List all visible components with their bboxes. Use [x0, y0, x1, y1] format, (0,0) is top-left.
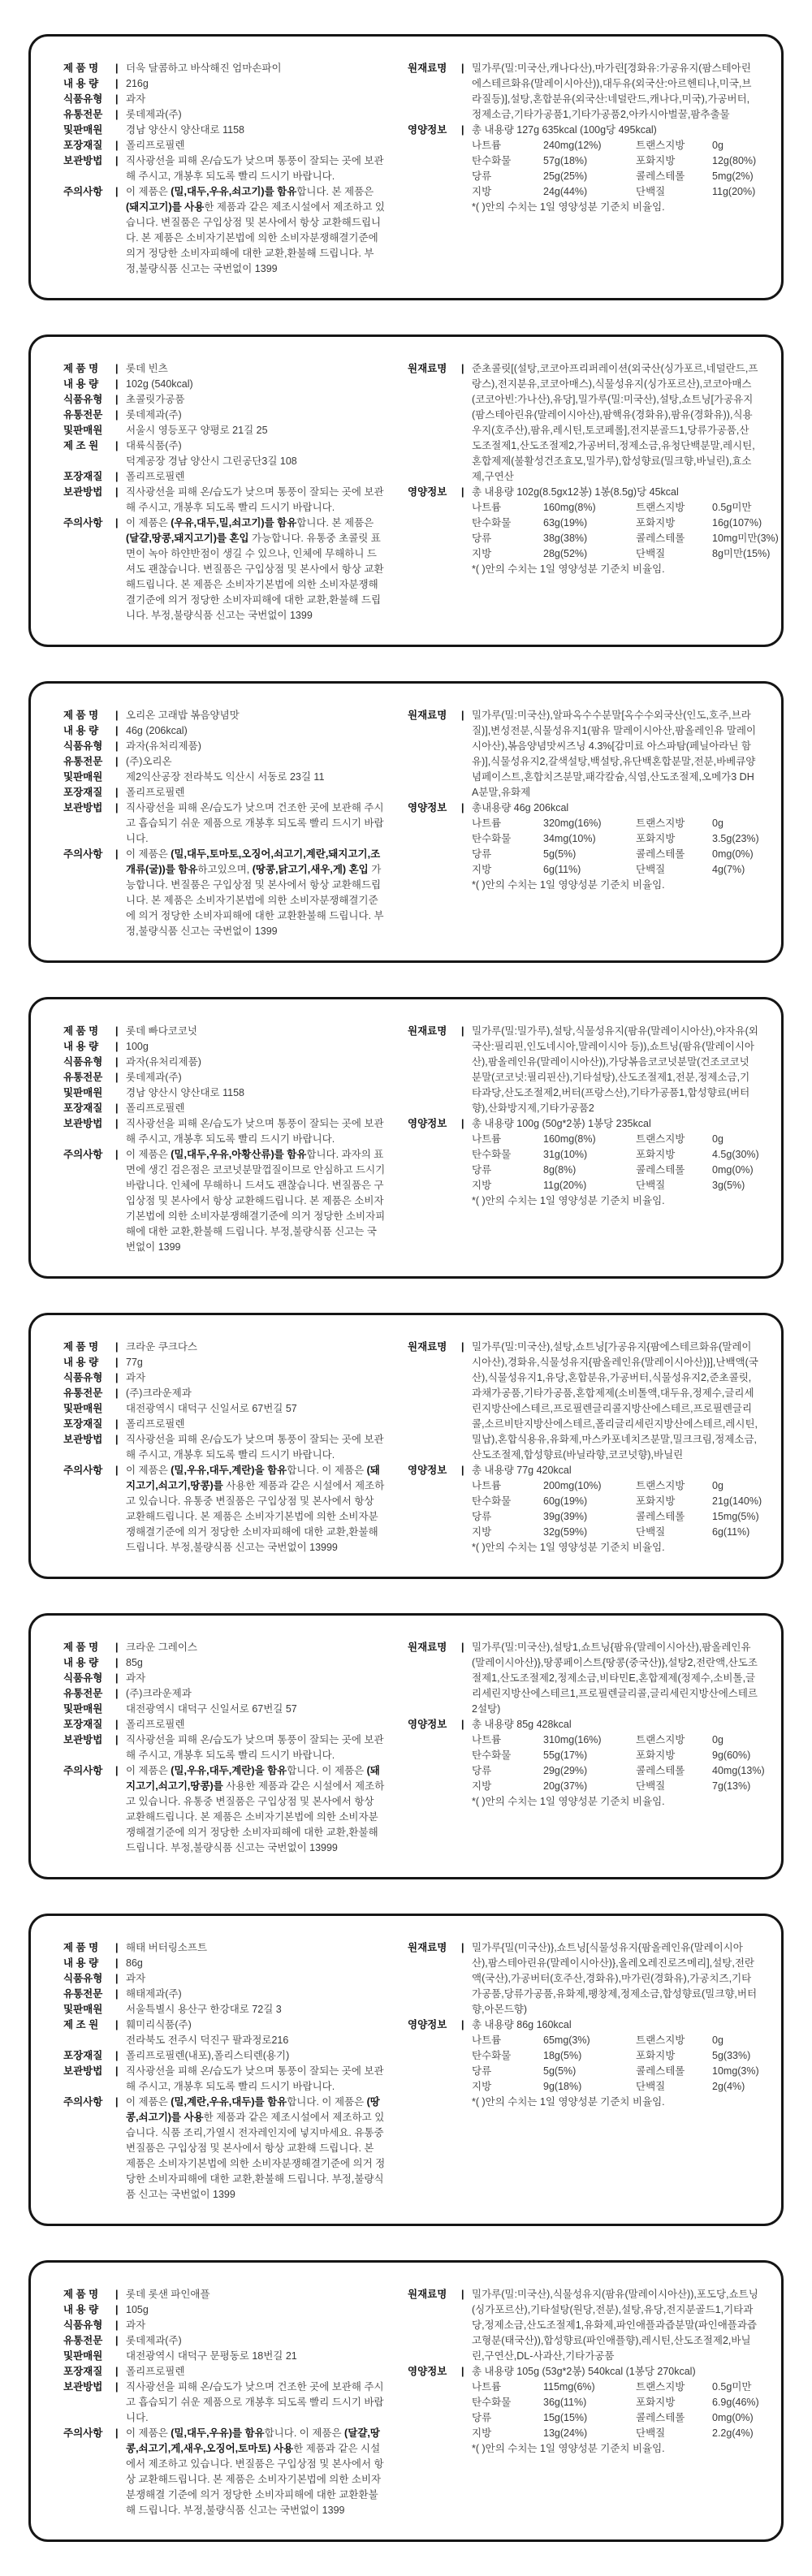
nutrition-section: 영양정보 | 총내용량 46g 206kcal 나트륨 320mg(16%) 트… — [408, 800, 758, 893]
nutrient-value: 55g(17%) — [543, 1748, 634, 1763]
field-label: 식품유형 — [63, 1971, 115, 1987]
caution-text-segment: 이 제품은 — [126, 2427, 171, 2439]
nutrition-row: 당류 25g(25%) 콜레스테롤 5mg(2%) — [472, 169, 758, 184]
field-label: 포장재질 — [63, 785, 115, 800]
field-value: 직사광선을 피해 온/습도가 낮으며 통풍이 잘되는 곳에 보관해 주시고, 개… — [126, 1432, 387, 1463]
nutrient-value: 10mg(3%) — [712, 2064, 759, 2079]
nutrition-section: 영양정보 | 총 내용량 102g(8.5gx12봉) 1봉(8.5g)당 45… — [408, 485, 758, 577]
field-row: 보관방법 | 직사광선을 피해 온/습도가 낮으며 건조한 곳에 보관해 주시고… — [63, 800, 387, 847]
caution-text-segment: (밀,대두,우유)를 함유 — [171, 2427, 264, 2439]
nutrition-label: 영양정보 — [408, 2364, 461, 2380]
field-label: 및판매원 — [63, 1401, 115, 1417]
nutrient-value: 0g — [712, 1132, 758, 1147]
field-separator: | — [115, 138, 126, 153]
field-value: 덕계공장 경남 양산시 그린공단3길 108 — [126, 454, 387, 469]
nutrition-label: 영양정보 — [408, 1116, 461, 1132]
nutrition-row: 지방 32g(59%) 단백질 6g(11%) — [472, 1525, 758, 1540]
field-value: 100g — [126, 1039, 387, 1055]
field-value: (주)크라운제과 — [126, 1386, 387, 1401]
field-label: 제 품 명 — [63, 361, 115, 377]
field-label: 주의사항 — [63, 2426, 115, 2441]
nutrient-name: 트랜스지방 — [636, 1132, 710, 1147]
nutrient-name: 나트륨 — [472, 816, 542, 831]
field-row: 덕계공장 경남 양산시 그린공단3길 108 — [63, 454, 387, 469]
field-row: 보관방법 | 직사광선을 피해 온/습도가 낮으며 통풍이 잘되는 곳에 보관해… — [63, 1116, 387, 1147]
field-separator: | — [115, 2048, 126, 2064]
field-separator: | — [461, 800, 472, 816]
field-row: 식품유형 | 과자 — [63, 2318, 387, 2333]
product-label-card: 제 품 명 | 크라운 쿠크다스 내 용 량 | 77g 식품유형 | 과자 유… — [28, 1313, 784, 1579]
field-separator: | — [115, 92, 126, 107]
field-label: 유통전문 — [63, 1386, 115, 1401]
field-separator: | — [461, 123, 472, 138]
field-separator: | — [461, 2364, 472, 2380]
nutrient-value: 11g(20%) — [543, 1178, 634, 1193]
field-separator: | — [115, 2064, 126, 2079]
field-separator: | — [115, 438, 126, 454]
nutrient-name: 콜레스테롤 — [636, 169, 710, 184]
field-separator: | — [461, 1940, 472, 1956]
nutrition-row: 당류 15g(15%) 콜레스테롤 0mg(0%) — [472, 2410, 758, 2426]
field-label: 및판매원 — [63, 2349, 115, 2364]
field-row: 보관방법 | 직사광선을 피해 온/습도가 낮으며 건조한 곳에 보관해 주시고… — [63, 2380, 387, 2426]
field-separator: | — [115, 708, 126, 723]
nutrient-value: 11g(20%) — [712, 184, 758, 200]
field-label: 식품유형 — [63, 1370, 115, 1386]
nutrient-value: 15mg(5%) — [712, 1509, 759, 1525]
caution-text-segment: (돼지고기)를 사용 — [126, 201, 204, 213]
field-separator: | — [115, 1370, 126, 1386]
nutrient-value: 34mg(10%) — [543, 831, 634, 847]
caution-text-segment: 이 제품은 — [126, 186, 171, 197]
field-row: 포장재질 | 폴리프로필렌(내포),폴리스티렌(용기) — [63, 2048, 387, 2064]
nutrition-label: 영양정보 — [408, 2017, 461, 2033]
field-value: 이 제품은 (밀,대두,우유,쇠고기)를 함유합니다. 본 제품은 (돼지고기)… — [126, 184, 387, 277]
caution-text-segment: 하고있으며, — [197, 864, 252, 875]
field-value: 초콜릿가공품 — [126, 392, 387, 408]
nutrition-row: 지방 20g(37%) 단백질 7g(13%) — [472, 1779, 758, 1794]
nutrition-note: *( )안의 수치는 1일 영양성분 기준치 비율임. — [472, 1794, 758, 1810]
nutrition-total: 총 내용량 100g (50g*2봉) 1봉당 235kcal — [472, 1116, 758, 1132]
field-row: 포장재질 | 폴리프로필렌 — [63, 2364, 387, 2380]
ingredients-nutrition-column: 원재료명 | 밀가루(밀:미국산),설탕,쇼트닝[가공유지{팜에스테르화유(말레… — [408, 1340, 758, 1556]
field-row: 내 용 량 | 102g (540kcal) — [63, 377, 387, 392]
nutrient-value: 65mg(3%) — [543, 2033, 634, 2048]
caution-text-segment: 이 제품은 — [126, 2096, 171, 2108]
field-value: 제2익산공장 전라북도 익산시 서동로 23길 11 — [126, 770, 387, 785]
field-separator: | — [461, 2017, 472, 2033]
nutrient-name: 나트륨 — [472, 500, 542, 516]
ingredients-section: 원재료명 | 밀가루(밀:미국산,캐나다산),마가린[경화유:가공유지(팜스테아… — [408, 61, 758, 123]
ingredients-section: 원재료명 | 밀가루(밀:미국산),설탕,쇼트닝[가공유지{팜에스테르화유(말레… — [408, 1340, 758, 1463]
nutrition-row: 당류 38g(38%) 콜레스테롤 10mg미만(3%) — [472, 531, 758, 546]
field-separator: | — [115, 392, 126, 408]
nutrition-row: 나트륨 115mg(6%) 트랜스지방 0.5g미만 — [472, 2380, 758, 2395]
nutrition-total: 총 내용량 77g 420kcal — [472, 1463, 758, 1478]
caution-text-segment: 합니다. 이 제품은 — [265, 2427, 344, 2439]
nutrient-value: 32g(59%) — [543, 1525, 634, 1540]
field-row: 내 용 량 | 86g — [63, 1956, 387, 1971]
nutrient-name: 탄수화물 — [472, 1748, 542, 1763]
nutrient-name: 트랜스지방 — [636, 816, 710, 831]
field-value: 이 제품은 (밀,우유,대두,계란)을 함유합니다. 이 제품은 (돼지고기,쇠… — [126, 1463, 387, 1556]
nutrient-value: 13g(24%) — [543, 2426, 634, 2441]
ingredients-nutrition-column: 원재료명 | 밀가루(밀:밀가루),설탕,식물성유지(팜유(말레이시아산),야자… — [408, 1024, 758, 1255]
caution-text-segment: (밀,우유,대두,계란)을 함유 — [171, 1765, 287, 1776]
field-separator: | — [115, 2380, 126, 2395]
nutrition-total: 총 내용량 86g 160kcal — [472, 2017, 758, 2033]
field-value: 이 제품은 (밀,대두,토마토,오징어,쇠고기,계란,돼지고기,조개류(굴))를… — [126, 847, 387, 939]
nutrient-value: 40mg(13%) — [712, 1763, 765, 1779]
label-cards: 제 품 명 | 더욱 달콤하고 바삭해진 엄마손파이 내 용 량 | 216g … — [0, 0, 812, 2542]
field-separator: | — [115, 408, 126, 423]
nutrient-name: 당류 — [472, 531, 542, 546]
field-row: 유통전문 | 롯데제과(주) — [63, 408, 387, 423]
field-row: 식품유형 | 과자 — [63, 1971, 387, 1987]
field-value: 폴리프로필렌 — [126, 785, 387, 800]
nutrient-value: 60g(19%) — [543, 1494, 634, 1509]
field-row: 식품유형 | 과자(유처리제품) — [63, 1055, 387, 1070]
nutrition-row: 나트륨 160mg(8%) 트랜스지방 0.5g미만 — [472, 500, 758, 516]
nutrient-name: 탄수화물 — [472, 2395, 542, 2410]
caution-text-segment: (달걀,땅콩,돼지고기)를 혼입 — [126, 533, 249, 544]
field-label: 식품유형 — [63, 739, 115, 754]
caution-text-segment: 한 제품과 같은 제조시설에서 제조하고 있습니다. 식품 조리,가열시 전자레… — [126, 2112, 385, 2200]
ingredients-label: 원재료명 — [408, 2287, 461, 2302]
nutrient-name: 트랜스지방 — [636, 2033, 710, 2048]
nutrition-row: 나트륨 310mg(16%) 트랜스지방 0g — [472, 1732, 758, 1748]
field-row: 및판매원 대전광역시 대덕구 신일서로 67번길 57 — [63, 1401, 387, 1417]
nutrient-value: 0mg(0%) — [712, 847, 758, 862]
field-value: 105g — [126, 2302, 387, 2318]
field-label: 포장재질 — [63, 1101, 115, 1116]
nutrition-row: 나트륨 320mg(16%) 트랜스지방 0g — [472, 816, 758, 831]
nutrient-name: 단백질 — [636, 184, 710, 200]
field-separator: | — [115, 153, 126, 169]
nutrient-value: 0g — [712, 1732, 758, 1748]
field-label: 유통전문 — [63, 408, 115, 423]
field-separator: | — [115, 2095, 126, 2110]
field-separator: | — [461, 1340, 472, 1355]
field-separator: | — [115, 1070, 126, 1085]
caution-text-segment: (밀,대두,우유,쇠고기)를 함유 — [171, 186, 296, 197]
field-separator: | — [115, 184, 126, 200]
nutrient-value: 0g — [712, 138, 758, 153]
nutrient-value: 15g(15%) — [543, 2410, 634, 2426]
field-label: 식품유형 — [63, 2318, 115, 2333]
nutrient-name: 단백질 — [636, 546, 710, 562]
field-label: 제 품 명 — [63, 1024, 115, 1039]
nutrient-value: 0.5g미만 — [712, 500, 758, 516]
nutrient-name: 지방 — [472, 862, 542, 878]
field-row: 주의사항 | 이 제품은 (밀,대두,토마토,오징어,쇠고기,계란,돼지고기,조… — [63, 847, 387, 939]
nutrition-note: *( )안의 수치는 1일 영양성분 기준치 비율임. — [472, 1540, 758, 1556]
caution-text-segment: (우유,대두,밀,쇠고기)를 함유 — [171, 517, 296, 529]
field-separator: | — [115, 1987, 126, 2002]
field-row: 및판매원 제2익산공장 전라북도 익산시 서동로 23길 11 — [63, 770, 387, 785]
field-label: 내 용 량 — [63, 2302, 115, 2318]
nutrition-row: 지방 9g(18%) 단백질 2g(4%) — [472, 2079, 758, 2095]
field-separator: | — [461, 1640, 472, 1655]
nutrition-rows: 나트륨 240mg(12%) 트랜스지방 0g 탄수화물 57g(18%) 포화… — [472, 138, 758, 200]
field-value: 오리온 고래밥 볶음양념맛 — [126, 708, 387, 723]
ingredients-label: 원재료명 — [408, 1024, 461, 1039]
field-row: 제 조 원 | 훼미리식품(주) — [63, 2017, 387, 2033]
nutrition-row: 지방 24g(44%) 단백질 11g(20%) — [472, 184, 758, 200]
field-value: 폴리프로필렌 — [126, 138, 387, 153]
field-separator: | — [115, 76, 126, 92]
nutrition-section: 영양정보 | 총 내용량 86g 160kcal 나트륨 65mg(3%) 트랜… — [408, 2017, 758, 2110]
ingredients-section: 원재료명 | 밀가루(밀:미국산),설탕1,쇼트닝{팜유(말레이시아산),팜올레… — [408, 1640, 758, 1717]
field-row: 전라북도 전주시 덕진구 팔과정로216 — [63, 2033, 387, 2048]
nutrition-row: 지방 11g(20%) 단백질 3g(5%) — [472, 1178, 758, 1193]
nutrient-name: 당류 — [472, 169, 542, 184]
field-value: 직사광선을 피해 온/습도가 낮으며 통풍이 잘되는 곳에 보관해 주시고, 개… — [126, 485, 387, 516]
field-separator: | — [461, 61, 472, 76]
nutrient-name: 나트륨 — [472, 1478, 542, 1494]
nutrient-name: 단백질 — [636, 1178, 710, 1193]
field-value: 이 제품은 (밀,대두,우유)를 함유합니다. 이 제품은 (달걀,땅콩,쇠고기… — [126, 2426, 387, 2518]
field-value: 직사광선을 피해 온/습도가 낮으며 건조한 곳에 보관해 주시고 흡습되기 쉬… — [126, 2380, 387, 2426]
nutrient-value: 3.5g(23%) — [712, 831, 759, 847]
field-row: 제 품 명 | 해태 버터링소프트 — [63, 1940, 387, 1956]
field-value: 85g — [126, 1655, 387, 1671]
field-separator: | — [115, 739, 126, 754]
field-label: 유통전문 — [63, 1686, 115, 1702]
nutrient-name: 콜레스테롤 — [636, 2064, 710, 2079]
nutrition-note: *( )안의 수치는 1일 영양성분 기준치 비율임. — [472, 562, 758, 577]
nutrient-name: 당류 — [472, 1163, 542, 1178]
field-value: 서울시 영등포구 양평로 21길 25 — [126, 423, 387, 438]
field-separator: | — [115, 1686, 126, 1702]
field-label: 유통전문 — [63, 754, 115, 770]
field-separator: | — [115, 1417, 126, 1432]
field-separator: | — [115, 1039, 126, 1055]
nutrient-value: 21g(140%) — [712, 1494, 762, 1509]
ingredients-text: 준초콜릿[(설탕,코코아프리퍼레이션(외국산(싱가포르,네덜란드,프랑스),전지… — [472, 361, 758, 485]
field-label: 보관방법 — [63, 1732, 115, 1748]
field-value: (주)크라운제과 — [126, 1686, 387, 1702]
field-label: 주의사항 — [63, 1147, 115, 1163]
nutrition-row: 당류 5g(5%) 콜레스테롤 0mg(0%) — [472, 847, 758, 862]
nutrient-name: 콜레스테롤 — [636, 1509, 710, 1525]
field-value: 경남 양산시 양산대로 1158 — [126, 123, 387, 138]
nutrition-row: 당류 5g(5%) 콜레스테롤 10mg(3%) — [472, 2064, 758, 2079]
nutrient-name: 트랜스지방 — [636, 2380, 710, 2395]
nutrient-value: 3g(5%) — [712, 1178, 758, 1193]
nutrition-total: 총 내용량 127g 635kcal (100g당 495kcal) — [472, 123, 758, 138]
nutrition-total: 총내용량 46g 206kcal — [472, 800, 758, 816]
field-separator: | — [115, 1340, 126, 1355]
product-info-column: 제 품 명 | 오리온 고래밥 볶음양념맛 내 용 량 | 46g (206kc… — [63, 708, 387, 939]
field-value: 더욱 달콤하고 바삭해진 엄마손파이 — [126, 61, 387, 76]
field-value: 과자 — [126, 2318, 387, 2333]
field-label: 및판매원 — [63, 2002, 115, 2017]
field-label: 식품유형 — [63, 92, 115, 107]
nutrient-value: 6.9g(46%) — [712, 2395, 759, 2410]
field-separator: | — [115, 1386, 126, 1401]
nutrition-section: 영양정보 | 총 내용량 127g 635kcal (100g당 495kcal… — [408, 123, 758, 215]
field-separator: | — [115, 785, 126, 800]
field-label: 주의사항 — [63, 1463, 115, 1478]
field-row: 내 용 량 | 85g — [63, 1655, 387, 1671]
nutrient-name: 포화지방 — [636, 1494, 710, 1509]
nutrient-name: 나트륨 — [472, 1732, 542, 1748]
caution-text-segment: 이 제품은 — [126, 848, 171, 860]
field-separator: | — [115, 1101, 126, 1116]
field-separator: | — [115, 2364, 126, 2380]
field-value: 이 제품은 (우유,대두,밀,쇠고기)를 함유합니다. 본 제품은 (달걀,땅콩… — [126, 516, 387, 624]
field-row: 식품유형 | 과자 — [63, 1671, 387, 1686]
nutrition-row: 나트륨 160mg(8%) 트랜스지방 0g — [472, 1132, 758, 1147]
field-value: 과자 — [126, 92, 387, 107]
field-row: 포장재질 | 폴리프로필렌 — [63, 1717, 387, 1732]
field-row: 제 품 명 | 오리온 고래밥 볶음양념맛 — [63, 708, 387, 723]
nutrient-value: 8g미만(15%) — [712, 546, 770, 562]
caution-text-segment: (밀,계란,우유,대두)를 함유 — [171, 2096, 287, 2108]
ingredients-label: 원재료명 — [408, 708, 461, 723]
field-label: 보관방법 — [63, 153, 115, 169]
caution-text-segment: (밀,대두,우유,아황산류)를 함유 — [171, 1149, 306, 1160]
product-info-column: 제 품 명 | 롯데 빈츠 내 용 량 | 102g (540kcal) 식품유… — [63, 361, 387, 624]
nutrition-rows: 나트륨 310mg(16%) 트랜스지방 0g 탄수화물 55g(17%) 포화… — [472, 1732, 758, 1794]
product-label-card: 제 품 명 | 롯데 빈츠 내 용 량 | 102g (540kcal) 식품유… — [28, 334, 784, 647]
field-separator: | — [115, 1971, 126, 1987]
field-row: 유통전문 | 롯데제과(주) — [63, 1070, 387, 1085]
nutrient-value: 9g(60%) — [712, 1748, 758, 1763]
nutrition-row: 당류 39g(39%) 콜레스테롤 15mg(5%) — [472, 1509, 758, 1525]
field-label: 보관방법 — [63, 485, 115, 500]
nutrient-value: 20g(37%) — [543, 1779, 634, 1794]
nutrient-name: 탄수화물 — [472, 1494, 542, 1509]
nutrient-name: 탄수화물 — [472, 2048, 542, 2064]
nutrient-value: 18g(5%) — [543, 2048, 634, 2064]
field-label: 및판매원 — [63, 123, 115, 138]
field-separator: | — [115, 2318, 126, 2333]
field-value: 훼미리식품(주) — [126, 2017, 387, 2033]
field-row: 주의사항 | 이 제품은 (밀,대두,우유,쇠고기)를 함유합니다. 본 제품은… — [63, 184, 387, 277]
nutrient-name: 포화지방 — [636, 1748, 710, 1763]
nutrition-row: 탄수화물 57g(18%) 포화지방 12g(80%) — [472, 153, 758, 169]
field-label: 제 품 명 — [63, 708, 115, 723]
field-value: 과자(유처리제품) — [126, 739, 387, 754]
field-row: 식품유형 | 과자 — [63, 1370, 387, 1386]
nutrient-name: 포화지방 — [636, 2048, 710, 2064]
field-value: 해태 버터링소프트 — [126, 1940, 387, 1956]
nutrition-rows: 나트륨 160mg(8%) 트랜스지방 0g 탄수화물 31g(10%) 포화지… — [472, 1132, 758, 1193]
field-row: 및판매원 대전광역시 대덕구 신일서로 67번길 57 — [63, 1702, 387, 1717]
nutrition-total: 총 내용량 85g 428kcal — [472, 1717, 758, 1732]
field-value: 롯데제과(주) — [126, 107, 387, 123]
nutrient-name: 지방 — [472, 2426, 542, 2441]
nutrient-name: 탄수화물 — [472, 831, 542, 847]
nutrition-row: 나트륨 200mg(10%) 트랜스지방 0g — [472, 1478, 758, 1494]
field-value: 폴리프로필렌 — [126, 469, 387, 485]
nutrition-rows: 나트륨 320mg(16%) 트랜스지방 0g 탄수화물 34mg(10%) 포… — [472, 816, 758, 878]
field-separator: | — [461, 1463, 472, 1478]
field-value: 이 제품은 (밀,대두,우유,아황산류)를 함유합니다. 과자의 표면에 생긴 … — [126, 1147, 387, 1255]
field-label: 및판매원 — [63, 770, 115, 785]
nutrition-row: 탄수화물 63g(19%) 포화지방 16g(107%) — [472, 516, 758, 531]
field-label: 보관방법 — [63, 2064, 115, 2079]
ingredients-section: 원재료명 | 준초콜릿[(설탕,코코아프리퍼레이션(외국산(싱가포르,네덜란드,… — [408, 361, 758, 485]
nutrition-label: 영양정보 — [408, 1717, 461, 1732]
nutrient-value: 0mg(0%) — [712, 2410, 758, 2426]
ingredients-nutrition-column: 원재료명 | 준초콜릿[(설탕,코코아프리퍼레이션(외국산(싱가포르,네덜란드,… — [408, 361, 758, 624]
nutrient-value: 24g(44%) — [543, 184, 634, 200]
field-row: 주의사항 | 이 제품은 (밀,우유,대두,계란)을 함유합니다. 이 제품은 … — [63, 1463, 387, 1556]
field-separator: | — [461, 361, 472, 377]
nutrient-name: 나트륨 — [472, 1132, 542, 1147]
field-row: 제 품 명 | 더욱 달콤하고 바삭해진 엄마손파이 — [63, 61, 387, 76]
field-value: 이 제품은 (밀,우유,대두,계란)을 함유합니다. 이 제품은 (돼지고기,쇠… — [126, 1763, 387, 1856]
ingredients-nutrition-column: 원재료명 | 밀가루(밀:미국산),설탕1,쇼트닝{팜유(말레이시아산),팜올레… — [408, 1640, 758, 1856]
nutrition-note: *( )안의 수치는 1일 영양성분 기준치 비율임. — [472, 2441, 758, 2457]
ingredients-label: 원재료명 — [408, 61, 461, 76]
nutrient-name: 지방 — [472, 1178, 542, 1193]
field-label: 및판매원 — [63, 423, 115, 438]
field-row: 식품유형 | 초콜릿가공품 — [63, 392, 387, 408]
field-label: 식품유형 — [63, 392, 115, 408]
ingredients-nutrition-column: 원재료명 | 밀가루(밀:미국산,캐나다산),마가린[경화유:가공유지(팜스테아… — [408, 61, 758, 277]
field-row: 보관방법 | 직사광선을 피해 온/습도가 낮으며 통풍이 잘되는 곳에 보관해… — [63, 2064, 387, 2095]
nutrient-value: 0.5g미만 — [712, 2380, 758, 2395]
field-label: 식품유형 — [63, 1671, 115, 1686]
field-label: 포장재질 — [63, 1717, 115, 1732]
nutrient-value: 160mg(8%) — [543, 1132, 634, 1147]
field-label: 포장재질 — [63, 469, 115, 485]
field-label: 제 조 원 — [63, 2017, 115, 2033]
nutrient-name: 콜레스테롤 — [636, 2410, 710, 2426]
field-value: 서울특별시 용산구 한강대로 72길 3 — [126, 2002, 387, 2017]
product-info-column: 제 품 명 | 롯데 롯샌 파인애플 내 용 량 | 105g 식품유형 | 과… — [63, 2287, 387, 2518]
ingredients-nutrition-column: 원재료명 | 밀가루{밀(미국산)},쇼트닝[식물성유지{팜올레인유(말레이시아… — [408, 1940, 758, 2203]
field-row: 유통전문 | (주)오리온 — [63, 754, 387, 770]
field-row: 제 품 명 | 롯데 빠다코코넛 — [63, 1024, 387, 1039]
nutrition-row: 지방 6g(11%) 단백질 4g(7%) — [472, 862, 758, 878]
nutrient-name: 지방 — [472, 546, 542, 562]
field-row: 보관방법 | 직사광선을 피해 온/습도가 낮으며 통풍이 잘되는 곳에 보관해… — [63, 1432, 387, 1463]
product-label-card: 제 품 명 | 롯데 빠다코코넛 내 용 량 | 100g 식품유형 | 과자(… — [28, 997, 784, 1279]
nutrient-value: 7g(13%) — [712, 1779, 758, 1794]
nutrition-rows: 나트륨 160mg(8%) 트랜스지방 0.5g미만 탄수화물 63g(19%)… — [472, 500, 758, 562]
nutrition-rows: 나트륨 115mg(6%) 트랜스지방 0.5g미만 탄수화물 36g(11%)… — [472, 2380, 758, 2441]
caution-text-segment: 합니다. 이 제품은 — [287, 1765, 366, 1776]
nutrition-label: 영양정보 — [408, 123, 461, 138]
nutrient-name: 지방 — [472, 184, 542, 200]
nutrition-row: 탄수화물 55g(17%) 포화지방 9g(60%) — [472, 1748, 758, 1763]
nutrient-value: 310mg(16%) — [543, 1732, 634, 1748]
product-label-card: 제 품 명 | 더욱 달콤하고 바삭해진 엄마손파이 내 용 량 | 216g … — [28, 34, 784, 300]
field-label: 내 용 량 — [63, 76, 115, 92]
field-label: 보관방법 — [63, 1432, 115, 1448]
field-row: 포장재질 | 폴리프로필렌 — [63, 469, 387, 485]
field-row: 포장재질 | 폴리프로필렌 — [63, 1101, 387, 1116]
nutrient-value: 39g(39%) — [543, 1509, 634, 1525]
nutrition-row: 나트륨 240mg(12%) 트랜스지방 0g — [472, 138, 758, 153]
field-separator: | — [115, 1024, 126, 1039]
field-value: 77g — [126, 1355, 387, 1370]
nutrient-value: 4.5g(30%) — [712, 1147, 759, 1163]
nutrient-name: 포화지방 — [636, 1147, 710, 1163]
field-label: 제 품 명 — [63, 1340, 115, 1355]
field-separator: | — [115, 516, 126, 531]
nutrient-value: 200mg(10%) — [543, 1478, 634, 1494]
nutrient-name: 트랜스지방 — [636, 138, 710, 153]
nutrient-value: 38g(38%) — [543, 531, 634, 546]
nutrition-label: 영양정보 — [408, 485, 461, 500]
nutrient-name: 지방 — [472, 1779, 542, 1794]
